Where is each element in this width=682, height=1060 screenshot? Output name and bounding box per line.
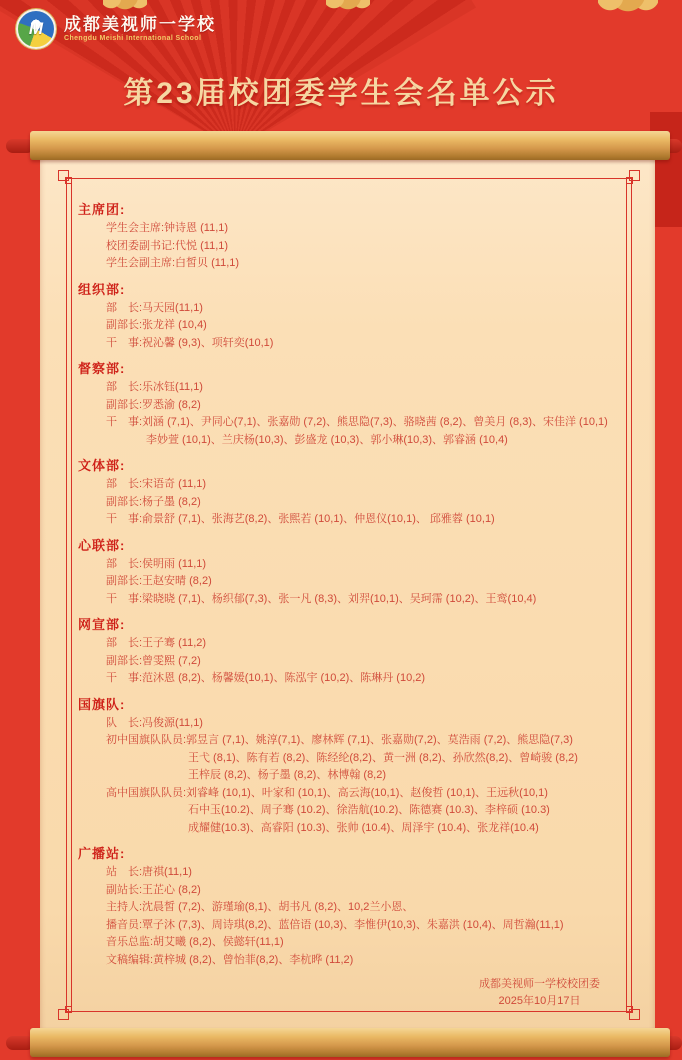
section-title: 主席团: [78, 200, 630, 219]
roster-row: 学生会主席:钟诗恩 (11,1) [78, 220, 630, 238]
roster-section: 心联部:部 长:侯明雨 (11,1)副部长:王赵安晴 (8,2)干 事:梁晓晓 … [78, 536, 630, 609]
scroll-roller-top [30, 131, 670, 160]
roster-row: 初中国旗队队员:郭昱言 (7,1)、姚淳(7,1)、廖林辉 (7,1)、张嘉勋(… [78, 732, 630, 750]
roster-row: 学生会副主席:白皙贝 (11,1) [78, 255, 630, 273]
roster-row: 高中国旗队队员:刘睿峰 (10,1)、叶家和 (10,1)、高云海(10,1)、… [78, 785, 630, 803]
roster-section: 网宣部:部 长:王子骞 (11,2)副部长:曾雯熙 (7,2)干 事:范沐恩 (… [78, 615, 630, 688]
roster-section: 主席团:学生会主席:钟诗恩 (11,1)校团委副书记:代悦 (11,1)学生会副… [78, 200, 630, 273]
section-title: 组织部: [78, 280, 630, 299]
roster-row: 干 事:范沐恩 (8,2)、杨馨媛(10,1)、陈泓宇 (10,2)、陈琳丹 (… [78, 670, 630, 688]
roster-row: 干 事:梁晓晓 (7,1)、杨织郁(7,3)、张一凡 (8,3)、刘羿(10,1… [78, 591, 630, 609]
roster-sections: 主席团:学生会主席:钟诗恩 (11,1)校团委副书记:代悦 (11,1)学生会副… [78, 200, 630, 969]
border-corner-ornament [622, 170, 640, 188]
roster-row: 部 长:马天园(11,1) [78, 300, 630, 318]
school-name-cn: 成都美视师一学校 [64, 15, 216, 34]
roster-row: 站 长:唐祺(11,1) [78, 864, 630, 882]
gold-scallop-ornament [598, 0, 658, 16]
roster-row: 音乐总监:胡艾曦 (8,2)、侯懿轩(11,1) [78, 934, 630, 952]
signature-date: 2025年10月17日 [479, 993, 600, 1010]
roster-row: 文稿编辑:黄梓城 (8,2)、曾怡菲(8,2)、李杭晔 (11,2) [78, 952, 630, 970]
roster-row: 播音员:覃子沐 (7,3)、周诗琪(8,2)、蓝倍语 (10,3)、李惟伊(10… [78, 917, 630, 935]
roster-row: 队 长:冯俊源(11,1) [78, 715, 630, 733]
gold-scallop-ornament [326, 0, 370, 12]
school-brand: M 成都美视师一学校 Chengdu Meishi International … [16, 9, 216, 49]
school-name-en: Chengdu Meishi International School [64, 34, 216, 44]
roster-row: 副部长:罗悉渝 (8,2) [78, 397, 630, 415]
section-title: 文体部: [78, 456, 630, 475]
border-corner-ornament [58, 170, 76, 188]
roster-section: 组织部:部 长:马天园(11,1)副部长:张龙祥 (10,4)干 事:祝沁馨 (… [78, 280, 630, 353]
roster-section: 文体部:部 长:宋语奇 (11,1)副部长:杨子墨 (8,2)干 事:俞景舒 (… [78, 456, 630, 529]
section-title: 督察部: [78, 359, 630, 378]
roster-row: 王梓辰 (8,2)、杨子墨 (8,2)、林博翰 (8,2) [78, 767, 630, 785]
roster-row: 部 长:侯明雨 (11,1) [78, 556, 630, 574]
roster-row: 主持人:沈晨皙 (7,2)、游瑾瑜(8,1)、胡书凡 (8,2)、10,2兰小恩… [78, 899, 630, 917]
roster-row: 石中玉(10.2)、周子骞 (10.2)、徐浩航(10.2)、陈德赛 (10.3… [78, 802, 630, 820]
roster-row: 成耀健(10.3)、高睿阳 (10.3)、张帅 (10.4)、周泽宇 (10.4… [78, 820, 630, 838]
school-logo: M [16, 9, 56, 49]
signature-block: 成都美视师一学校校团委 2025年10月17日 [78, 976, 618, 1010]
school-logo-letter: M [29, 19, 43, 39]
roster-row: 副部长:张龙祥 (10,4) [78, 317, 630, 335]
roster-row: 副站长:王芷心 (8,2) [78, 882, 630, 900]
signature-org: 成都美视师一学校校团委 [479, 976, 600, 993]
roster-row: 干 事:俞景舒 (7,1)、张海艺(8,2)、张熙若 (10,1)、仲恩仪(10… [78, 511, 630, 529]
roster-row: 王弋 (8,1)、陈有若 (8,2)、陈经纶(8,2)、黄一洲 (8,2)、孙欣… [78, 750, 630, 768]
roster-row: 李妙萱 (10,1)、兰庆杨(10,3)、彭盛龙 (10,3)、郭小琳(10,3… [78, 432, 630, 450]
section-title: 国旗队: [78, 695, 630, 714]
roster-section: 督察部:部 长:乐冰钰(11,1)副部长:罗悉渝 (8,2)干 事:刘涵 (7,… [78, 359, 630, 449]
roster-row: 部 长:王子骞 (11,2) [78, 635, 630, 653]
roster-row: 副部长:曾雯熙 (7,2) [78, 653, 630, 671]
roster-section: 广播站:站 长:唐祺(11,1)副站长:王芷心 (8,2)主持人:沈晨皙 (7,… [78, 844, 630, 969]
roster-content: 主席团:学生会主席:钟诗恩 (11,1)校团委副书记:代悦 (11,1)学生会副… [66, 200, 630, 1010]
roster-row: 部 长:宋语奇 (11,1) [78, 476, 630, 494]
roster-row: 副部长:杨子墨 (8,2) [78, 494, 630, 512]
section-title: 广播站: [78, 844, 630, 863]
section-title: 网宣部: [78, 615, 630, 634]
roster-row: 校团委副书记:代悦 (11,1) [78, 238, 630, 256]
roster-row: 干 事:祝沁馨 (9,3)、项轩奕(10,1) [78, 335, 630, 353]
roster-row: 部 长:乐冰钰(11,1) [78, 379, 630, 397]
section-title: 心联部: [78, 536, 630, 555]
roster-section: 国旗队:队 长:冯俊源(11,1)初中国旗队队员:郭昱言 (7,1)、姚淳(7,… [78, 695, 630, 838]
roster-row: 干 事:刘涵 (7,1)、尹同心(7,1)、张嘉勋 (7,2)、熊思隐(7,3)… [78, 414, 630, 432]
scroll-roller-bottom [30, 1028, 670, 1057]
poster-title: 第23届校团委学生会名单公示 [0, 68, 682, 112]
roster-row: 副部长:王赵安晴 (8,2) [78, 573, 630, 591]
